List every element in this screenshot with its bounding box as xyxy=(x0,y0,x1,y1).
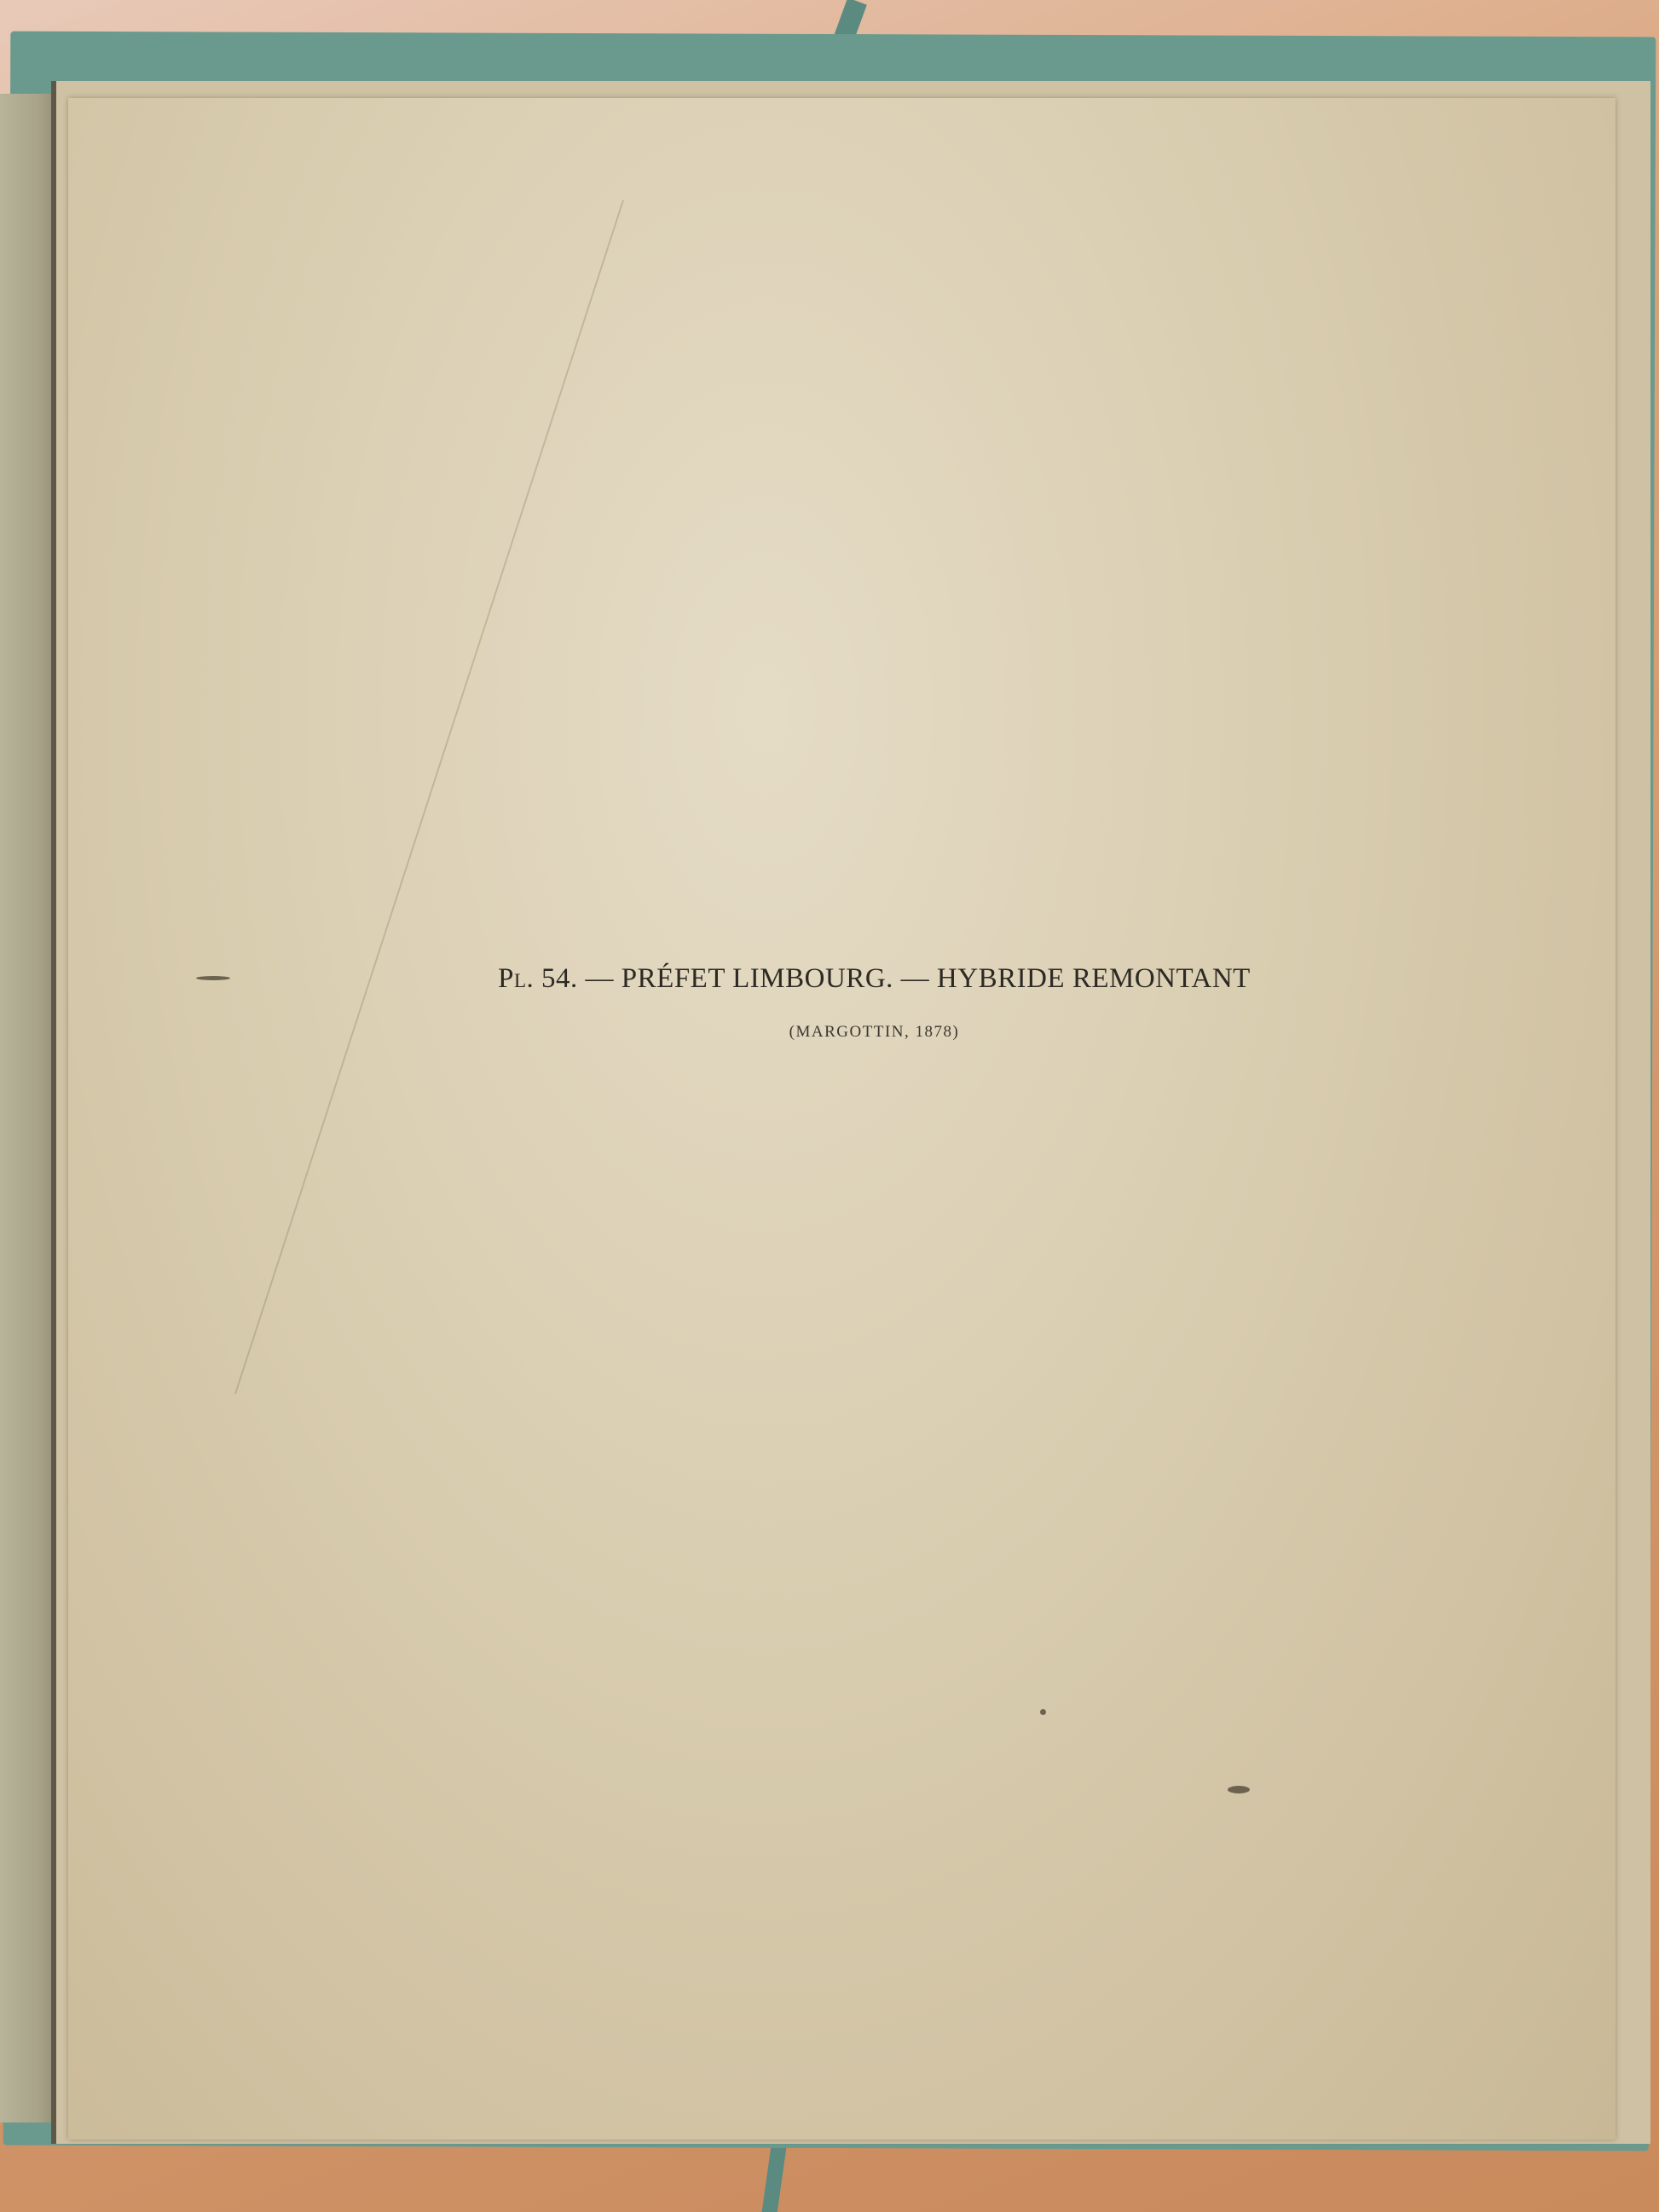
plate-label: Pl. 54. xyxy=(498,963,578,994)
paper-stain xyxy=(1040,1709,1046,1715)
rose-class: HYBRIDE REMONTANT xyxy=(937,963,1251,994)
separator: — xyxy=(901,963,930,994)
rose-name: PRÉFET LIMBOURG. xyxy=(621,963,893,994)
paper-crease xyxy=(0,200,624,1394)
paper-stain xyxy=(1228,1786,1250,1793)
plate-title: Pl. 54. — PRÉFET LIMBOURG. — HYBRIDE REM… xyxy=(101,963,1648,995)
separator: — xyxy=(586,963,615,994)
document-page: Pl. 54. — PRÉFET LIMBOURG. — HYBRIDE REM… xyxy=(68,98,1616,2140)
attribution: (MARGOTTIN, 1878) xyxy=(101,1023,1648,1042)
